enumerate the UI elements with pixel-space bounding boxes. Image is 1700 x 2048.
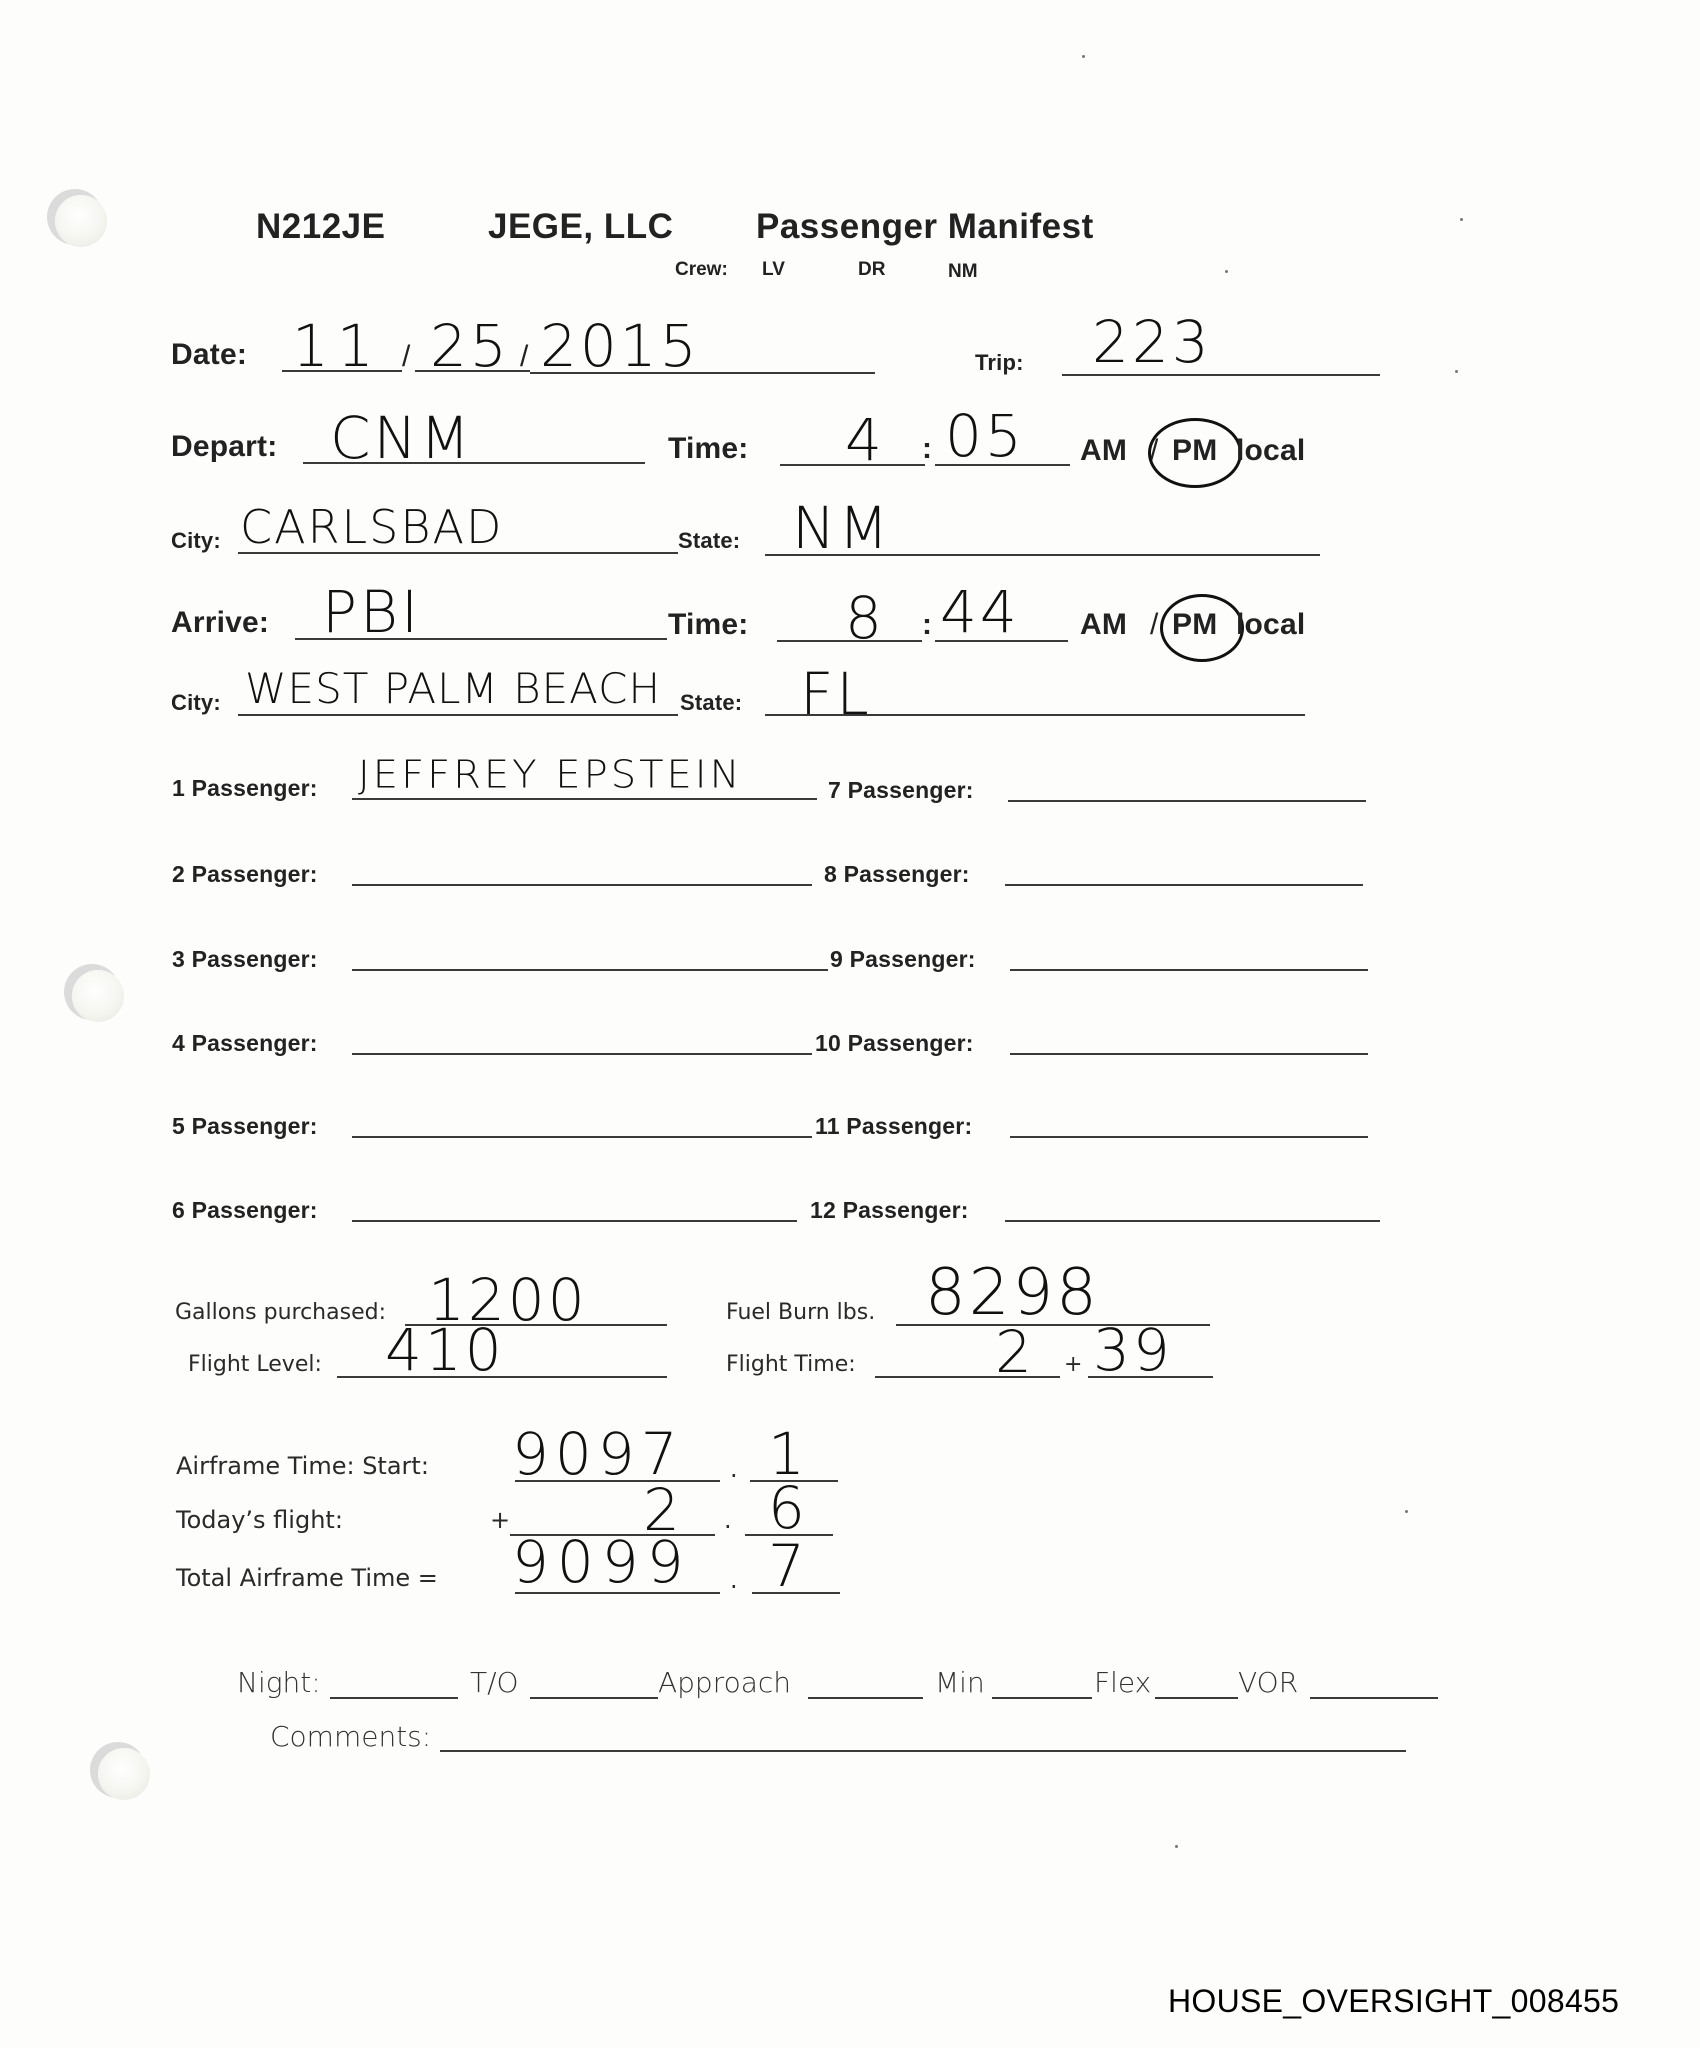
vor-label: VOR — [1238, 1666, 1298, 1699]
passenger-6-line[interactable] — [352, 1220, 797, 1222]
passenger-5-label: 5 Passenger: — [172, 1113, 318, 1140]
depart-local-label: local — [1236, 434, 1305, 468]
passenger-11-line[interactable] — [1010, 1136, 1368, 1138]
min-label: Min — [935, 1666, 985, 1699]
passenger-8-label: 8 Passenger: — [824, 861, 970, 888]
punch-hole-bottom — [98, 1748, 150, 1800]
passenger-7-line[interactable] — [1008, 800, 1366, 802]
passenger-4-label: 4 Passenger: — [172, 1030, 318, 1057]
crew-member-3: NM — [948, 261, 978, 283]
arrive-city-line — [238, 714, 678, 716]
crew-member-1: LV — [762, 259, 785, 281]
depart-time-label: Time: — [668, 432, 748, 466]
punch-hole-top — [55, 195, 107, 247]
passenger-1-label: 1 Passenger: — [172, 775, 318, 802]
total-airframe-dot: . — [730, 1566, 738, 1594]
arrive-local-label: local — [1236, 608, 1305, 642]
depart-label: Depart: — [171, 430, 277, 464]
arrive-colon: : — [922, 608, 932, 642]
airframe-start-label: Airframe Time: Start: — [176, 1452, 429, 1480]
night-line[interactable] — [330, 1697, 458, 1699]
company-name: JEGE, LLC — [488, 207, 673, 247]
trip-field[interactable]: 223 — [1092, 308, 1212, 376]
passenger-12-label: 12 Passenger: — [810, 1197, 969, 1224]
trip-label: Trip: — [975, 350, 1024, 376]
airframe-start-dot: . — [730, 1455, 738, 1483]
fuel-burn-label: Fuel Burn lbs. — [726, 1300, 875, 1325]
approach-line[interactable] — [808, 1697, 923, 1699]
total-airframe-tenth-field[interactable]: 7 — [768, 1532, 808, 1600]
passenger-10-label: 10 Passenger: — [815, 1030, 974, 1057]
arrive-airport-field[interactable]: PBI — [322, 578, 421, 646]
flight-time-hours-field[interactable]: 2 — [995, 1318, 1035, 1386]
comments-label: Comments: — [270, 1720, 431, 1753]
arrive-time-label: Time: — [668, 608, 748, 642]
manifest-page: N212JE JEGE, LLC Passenger Manifest Crew… — [0, 0, 1700, 2048]
total-airframe-label: Total Airframe Time = — [176, 1564, 438, 1592]
crew-member-2: DR — [858, 259, 885, 281]
passenger-11-label: 11 Passenger: — [815, 1113, 972, 1140]
passenger-4-line[interactable] — [352, 1053, 812, 1055]
form-title: Passenger Manifest — [756, 207, 1094, 247]
flight-time-label: Flight Time: — [726, 1352, 856, 1377]
today-flight-plus: + — [490, 1506, 510, 1534]
flight-level-label: Flight Level: — [188, 1352, 322, 1377]
passenger-9-line[interactable] — [1010, 969, 1368, 971]
depart-minute-field[interactable]: 05 — [945, 402, 1025, 470]
date-year-field[interactable]: 2015 — [540, 312, 700, 380]
passenger-1-line — [352, 798, 817, 800]
passenger-6-label: 6 Passenger: — [172, 1197, 318, 1224]
today-flight-label: Today’s flight: — [176, 1506, 343, 1534]
approach-label: Approach — [658, 1666, 791, 1699]
scan-speck — [1175, 1845, 1178, 1848]
passenger-5-line[interactable] — [352, 1136, 812, 1138]
date-label: Date: — [171, 338, 247, 372]
crew-label: Crew: — [675, 259, 728, 281]
arrive-am-option[interactable]: AM — [1080, 608, 1127, 642]
depart-city-label: City: — [171, 528, 221, 554]
depart-am-option[interactable]: AM — [1080, 434, 1127, 468]
passenger-12-line[interactable] — [1005, 1220, 1380, 1222]
punch-hole-middle — [72, 970, 124, 1022]
arrive-city-field[interactable]: WEST PALM BEACH — [245, 664, 661, 713]
passenger-2-line[interactable] — [352, 884, 812, 886]
flight-time-minutes-field[interactable]: 39 — [1093, 1316, 1173, 1384]
date-separator-2: / — [520, 340, 529, 374]
flight-level-field[interactable]: 410 — [385, 1316, 505, 1384]
passenger-7-label: 7 Passenger: — [828, 777, 974, 804]
passenger-9-label: 9 Passenger: — [830, 946, 976, 973]
depart-state-field[interactable]: NM — [792, 494, 891, 562]
takeoff-line[interactable] — [530, 1697, 658, 1699]
passenger-8-line[interactable] — [1005, 884, 1363, 886]
gallons-label: Gallons purchased: — [175, 1300, 386, 1325]
arrive-state-label: State: — [680, 690, 742, 716]
depart-airport-field[interactable]: CNM — [330, 404, 473, 472]
passenger-3-line[interactable] — [352, 969, 828, 971]
date-month-field[interactable]: 11 — [292, 312, 382, 380]
scan-speck — [1225, 270, 1228, 273]
arrive-state-field[interactable]: FL — [800, 660, 872, 728]
arrive-minute-field[interactable]: 44 — [940, 578, 1020, 646]
arrive-label: Arrive: — [171, 606, 269, 640]
passenger-1-field[interactable]: JEFFREY EPSTEIN — [358, 753, 743, 797]
scan-speck — [1460, 218, 1463, 221]
takeoff-label: T/O — [470, 1666, 519, 1699]
arrive-ampm-separator: / — [1150, 608, 1159, 642]
vor-line[interactable] — [1310, 1697, 1438, 1699]
min-line[interactable] — [992, 1697, 1092, 1699]
date-day-field[interactable]: 25 — [430, 312, 510, 380]
flight-time-plus: + — [1064, 1352, 1082, 1377]
arrive-city-label: City: — [171, 690, 221, 716]
flex-label: Flex — [1094, 1666, 1151, 1699]
flex-line[interactable] — [1155, 1697, 1238, 1699]
depart-hour-field[interactable]: 4 — [845, 406, 885, 474]
total-airframe-whole-field[interactable]: 9099 — [512, 1528, 692, 1596]
night-label: Night: — [237, 1666, 321, 1699]
scan-speck — [1455, 370, 1458, 373]
tail-number: N212JE — [256, 207, 385, 247]
passenger-3-label: 3 Passenger: — [172, 946, 318, 973]
scan-speck — [1405, 1510, 1408, 1513]
scan-speck — [1082, 55, 1085, 58]
depart-state-label: State: — [678, 528, 740, 554]
arrive-pm-selected-circle — [1160, 594, 1244, 662]
comments-line[interactable] — [440, 1750, 1406, 1752]
passenger-10-line[interactable] — [1010, 1053, 1368, 1055]
arrive-hour-field[interactable]: 8 — [845, 584, 885, 652]
today-flight-dot: . — [724, 1506, 732, 1534]
date-separator-1: / — [402, 340, 411, 374]
bates-number: HOUSE_OVERSIGHT_008455 — [1168, 1983, 1619, 2020]
depart-colon: : — [922, 432, 932, 466]
depart-pm-selected-circle — [1148, 418, 1242, 488]
passenger-2-label: 2 Passenger: — [172, 861, 318, 888]
depart-city-field[interactable]: CARLSBAD — [240, 500, 503, 554]
